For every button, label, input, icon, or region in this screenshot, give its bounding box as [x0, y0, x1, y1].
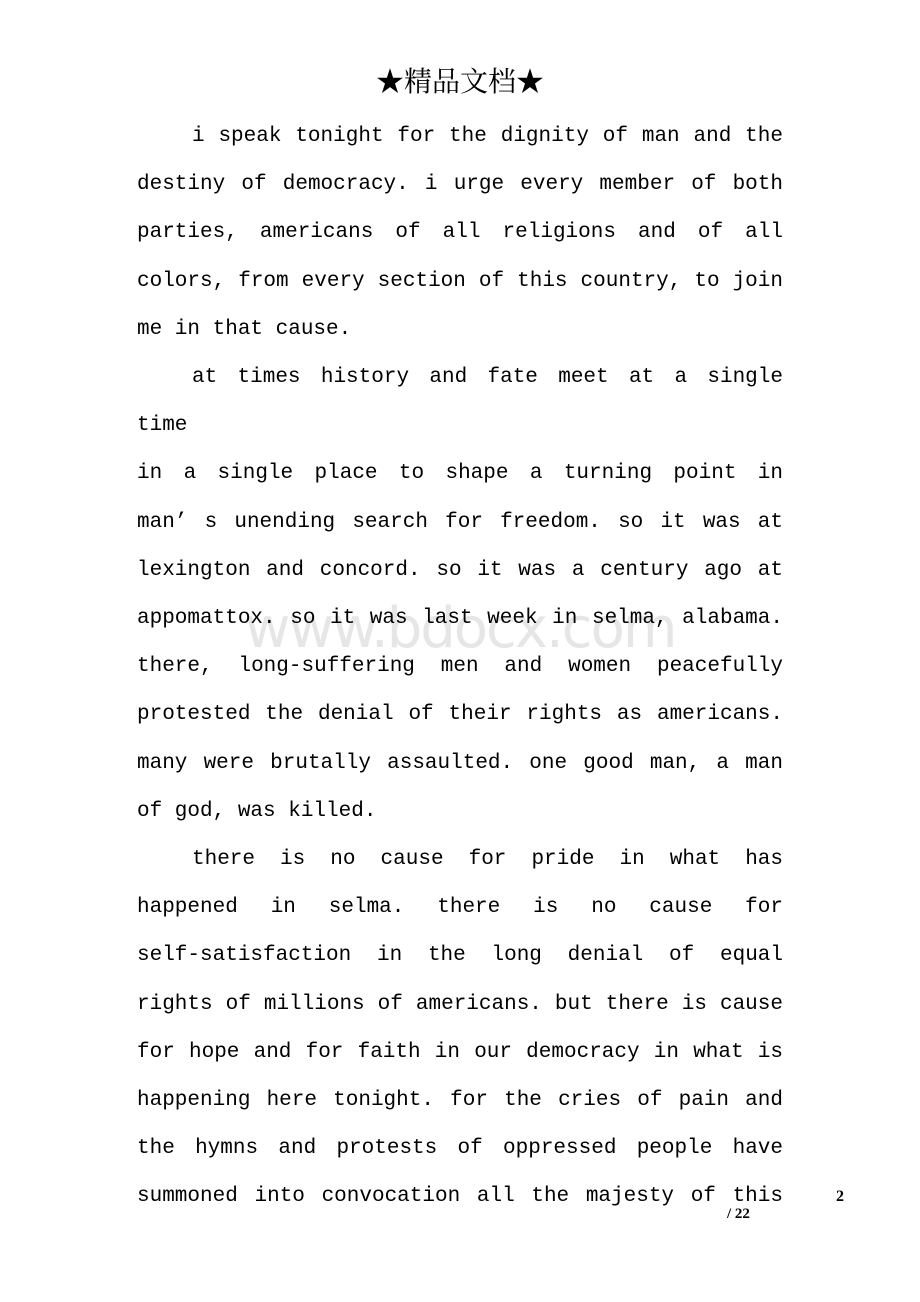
text-line: man’ s unending search for freedom. so i…: [137, 499, 783, 547]
text-line: parties, americans of all religions and …: [137, 209, 783, 257]
text-line: appomattox. so it was last week in selma…: [137, 595, 783, 643]
text-line: summoned into convocation all the majest…: [137, 1173, 783, 1221]
footer-page-number: 2: [836, 1188, 844, 1206]
text-line: i speak tonight for the dignity of man a…: [137, 113, 783, 161]
text-line: there is no cause for pride in what has: [137, 836, 783, 884]
text-line: happening here tonight. for the cries of…: [137, 1077, 783, 1125]
text-line: destiny of democracy. i urge every membe…: [137, 161, 783, 209]
text-line: many were brutally assaulted. one good m…: [137, 740, 783, 788]
paragraph: i speak tonight for the dignity of man a…: [137, 113, 783, 354]
paragraph: there is no cause for pride in what hash…: [137, 836, 783, 1222]
text-line: of god, was killed.: [137, 788, 783, 836]
footer-page-total: / 22: [727, 1206, 750, 1223]
page-title: ★精品文档★: [0, 60, 920, 100]
text-line: for hope and for faith in our democracy …: [137, 1029, 783, 1077]
text-line: the hymns and protests of oppressed peop…: [137, 1125, 783, 1173]
text-line: lexington and concord. so it was a centu…: [137, 547, 783, 595]
page-container: ★精品文档★ www.bdocx.com i speak tonight for…: [0, 0, 920, 1302]
text-line: protested the denial of their rights as …: [137, 691, 783, 739]
text-line: self-satisfaction in the long denial of …: [137, 932, 783, 980]
text-line: rights of millions of americans. but the…: [137, 981, 783, 1029]
text-line: in a single place to shape a turning poi…: [137, 450, 783, 498]
document-body: i speak tonight for the dignity of man a…: [137, 113, 783, 1222]
text-line: colors, from every section of this count…: [137, 258, 783, 306]
text-line: at times history and fate meet at a sing…: [137, 354, 783, 450]
text-line: there, long-suffering men and women peac…: [137, 643, 783, 691]
text-line: happened in selma. there is no cause for: [137, 884, 783, 932]
paragraph: at times history and fate meet at a sing…: [137, 354, 783, 836]
text-line: me in that cause.: [137, 306, 783, 354]
